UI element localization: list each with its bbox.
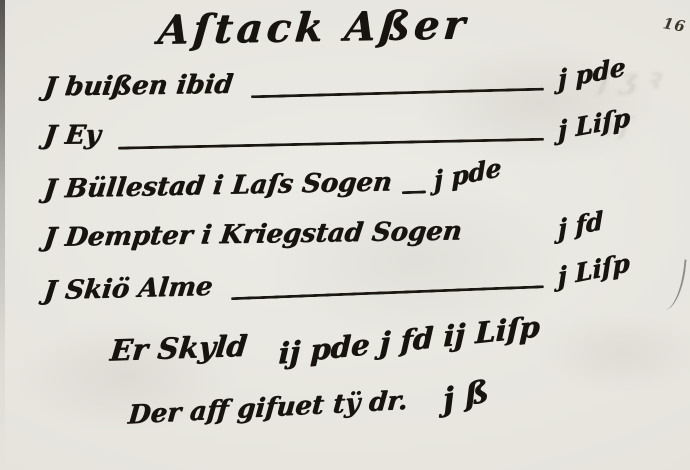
page-title: Aſtack Aßer	[156, 1, 471, 53]
ruled-dash	[402, 190, 426, 194]
summary-line-total: Er Skyld ij pde j fd ij Liſp	[108, 318, 540, 367]
entry-list: J buißen ibid j pde J Ey j Liſp J Bülles…	[44, 68, 670, 318]
summary-line-given: Der aff gifuet tÿ dr. j ß	[127, 376, 490, 431]
entry-value: j pde	[558, 44, 668, 94]
ruled-dash	[231, 285, 544, 300]
entry-label: J Büllestad i Laſs Sogen	[42, 167, 393, 204]
entry-label: J Dempter i Kriegstad Sogen	[42, 216, 463, 253]
ink-flourish	[653, 257, 686, 312]
entry-label: J buißen ibid	[42, 70, 234, 103]
ruled-dash	[251, 87, 544, 98]
entry-label: J Skiö Alme	[42, 272, 214, 307]
scan-edge-shadow	[0, 0, 5, 470]
summary-label: Er Skyld	[108, 329, 248, 368]
manuscript-page: ſ ʒ ꝛ ꝛ ſ 16 Aſtack Aßer J buißen ibid j…	[0, 0, 690, 470]
summary-label: Der aff gifuet tÿ dr.	[127, 386, 409, 431]
page-number: 16	[662, 14, 688, 36]
summary-value: j ß	[441, 373, 489, 418]
ruled-dash	[118, 137, 544, 149]
entry-label: J Ey	[42, 120, 102, 151]
ruled-dash	[480, 238, 544, 243]
